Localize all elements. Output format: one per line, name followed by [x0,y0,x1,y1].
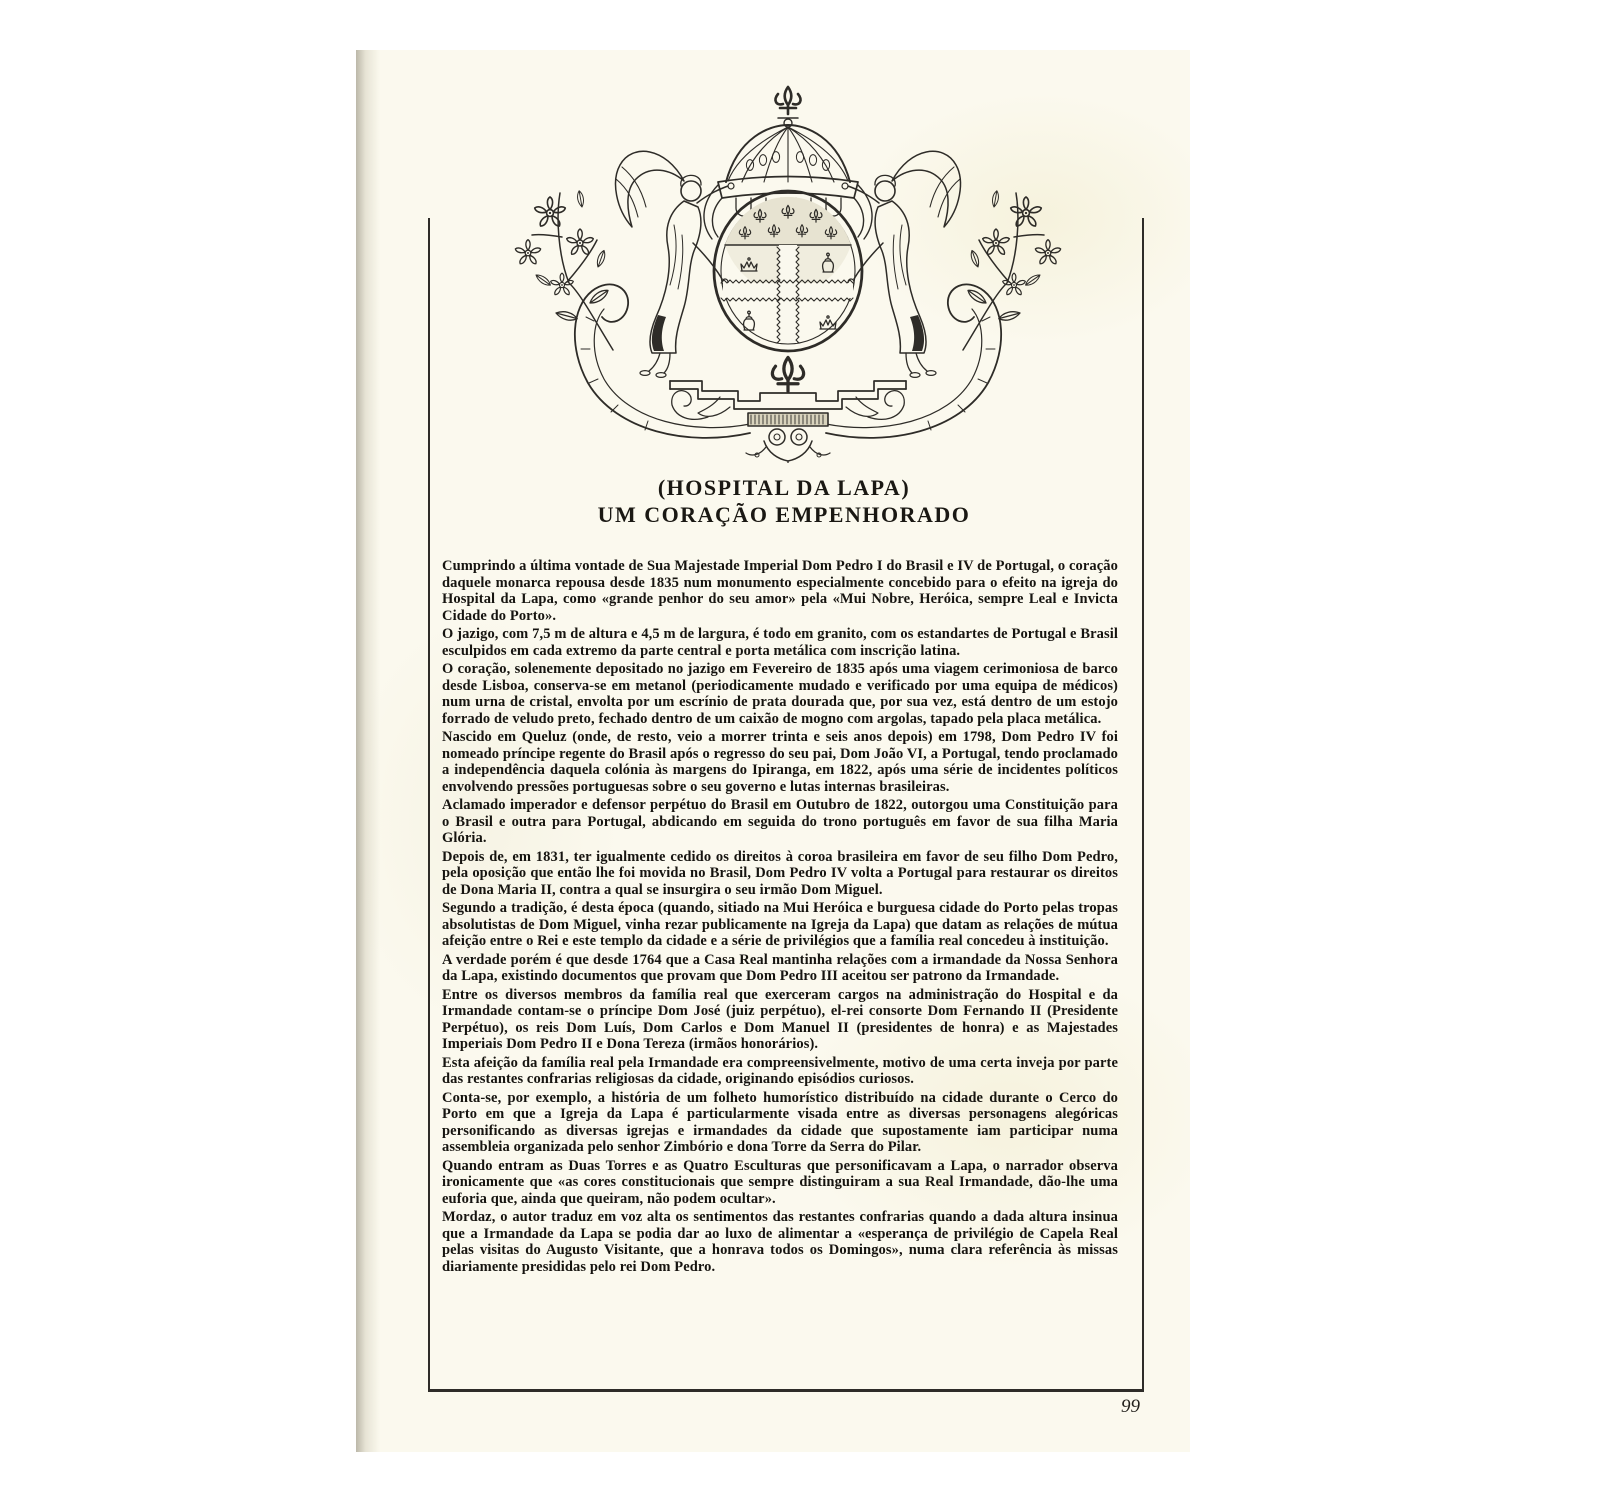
coat-of-arms-illustration [498,85,1078,463]
scanned-page-canvas: (HOSPITAL DA LAPA) UM CORAÇÃO EMPENHORAD… [0,0,1605,1512]
oval-shield [714,191,862,351]
paragraph: Quando entram as Duas Torres e as Quatro… [442,1158,1118,1208]
paragraph: Conta-se, por exemplo, a história de um … [442,1090,1118,1156]
paragraph: Nascido em Queluz (onde, de resto, veio … [442,729,1118,795]
page-title: (HOSPITAL DA LAPA) UM CORAÇÃO EMPENHORAD… [428,474,1140,528]
paragraph: O coração, solenemente depositado no jaz… [442,661,1118,727]
page-gutter-shadow [356,50,380,1452]
body-text: Cumprindo a última vontade de Sua Majest… [442,558,1118,1277]
paragraph: Depois de, em 1831, ter igualmente cedid… [442,849,1118,899]
book-page: (HOSPITAL DA LAPA) UM CORAÇÃO EMPENHORAD… [356,50,1190,1452]
pedestal [670,358,906,464]
title-line-1: (HOSPITAL DA LAPA) [428,474,1140,501]
paragraph: Entre os diversos membros da família rea… [442,987,1118,1053]
page-number: 99 [428,1396,1140,1418]
paragraph: Esta afeição da família real pela Irmand… [442,1055,1118,1088]
paragraph: Cumprindo a última vontade de Sua Majest… [442,558,1118,624]
paragraph: Mordaz, o autor traduz em voz alta os se… [442,1209,1118,1275]
paragraph: O jazigo, com 7,5 m de altura e 4,5 m de… [442,626,1118,659]
paragraph: A verdade porém é que desde 1764 que a C… [442,952,1118,985]
paragraph: Segundo a tradição, é desta época (quand… [442,900,1118,950]
title-line-2: UM CORAÇÃO EMPENHORADO [428,501,1140,528]
paragraph: Aclamado imperador e defensor perpétuo d… [442,797,1118,847]
